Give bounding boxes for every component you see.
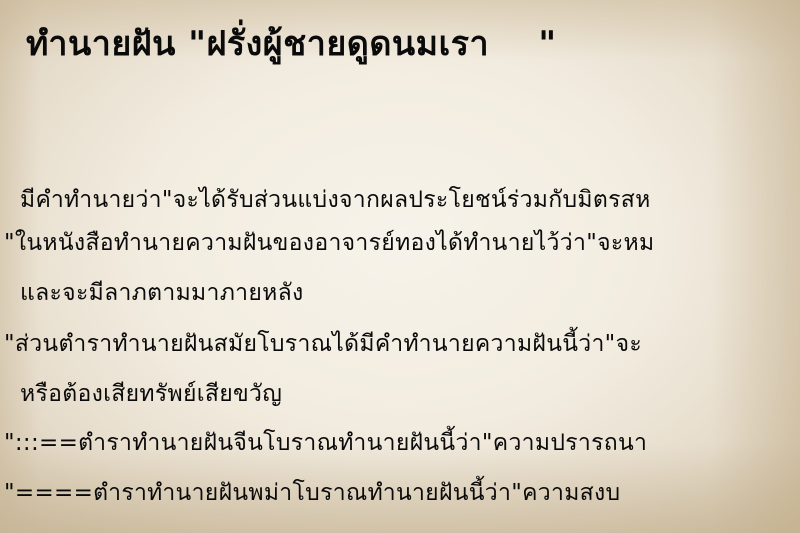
interpretation-line-3: และจะมีลาภตามมาภายหลัง (20, 278, 304, 308)
paper-texture-right (710, 0, 800, 533)
interpretation-line-4: "ส่วนตำราทำนายฝันสมัยโบราณได้มีคำทำนายคว… (4, 329, 642, 359)
page-title: ทำนายฝัน "ฝรั่งผู้ชายดูดนมเรา " (26, 22, 557, 66)
interpretation-line-5: หรือต้องเสียทรัพย์เสียขวัญ (20, 379, 282, 409)
interpretation-line-7: "====ตำราทำนายฝันพม่าโบราณทำนายฝันนี้ว่า… (4, 478, 620, 508)
interpretation-line-2: "ในหนังสือทำนายความฝันของอาจารย์ทองได้ทำ… (4, 228, 654, 258)
interpretation-line-6: ":::==ตำราทำนายฝันจีนโบราณทำนายฝันนี้ว่า… (4, 428, 647, 458)
interpretation-line-1: มีคำทำนายว่า"จะได้รับส่วนแบ่งจากผลประโยช… (20, 185, 651, 215)
